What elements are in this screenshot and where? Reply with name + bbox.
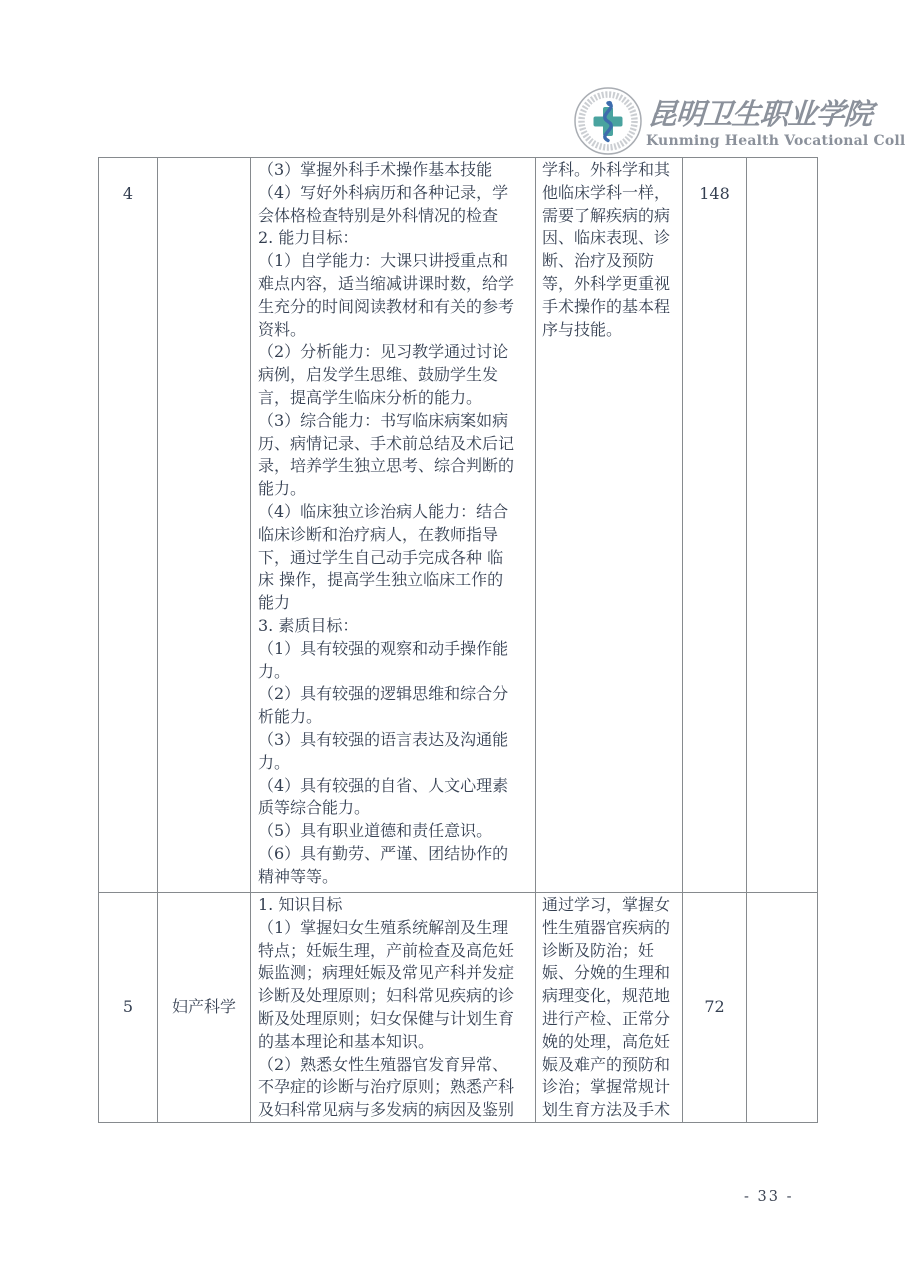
cell-course-index: 4 [99, 158, 158, 892]
cell-course-hours: 148 [683, 158, 747, 892]
college-name-en: Kunming Health Vocational College [646, 133, 886, 149]
college-name-zh: 昆明卫生职业学院 [647, 92, 880, 132]
cell-course-description: 通过学习，掌握女 性生殖器官疾病的 诊断及防治；妊 娠、分娩的生理和 病理变化，… [536, 893, 683, 1122]
cell-course-hours: 72 [683, 893, 747, 1122]
page-number: - 33 - [744, 1189, 793, 1205]
document-page: 昆明卫生职业学院 Kunming Health Vocational Colle… [0, 0, 905, 1280]
cell-course-index: 5 [99, 893, 158, 1122]
cell-course-description: 学科。外科学和其 他临床学科一样， 需要了解疾病的病 因、临床表现、诊 断、治疗… [536, 158, 683, 892]
cell-course-name [158, 158, 251, 892]
cell-course-name: 妇产科学 [158, 893, 251, 1122]
table-row: 4 （3）掌握外科手术操作基本技能 （4）写好外科病历和各种记录，学 会体格检查… [99, 158, 817, 893]
table-row: 5 妇产科学 1. 知识目标 （1）掌握妇女生殖系统解剖及生理 特点；妊娠生理，… [99, 893, 817, 1122]
college-seal-svg [573, 86, 643, 156]
curriculum-table: 4 （3）掌握外科手术操作基本技能 （4）写好外科病历和各种记录，学 会体格检查… [98, 157, 818, 1123]
cell-course-objectives: （3）掌握外科手术操作基本技能 （4）写好外科病历和各种记录，学 会体格检查特别… [251, 158, 536, 892]
cell-remark [747, 893, 817, 1122]
cell-remark [747, 158, 817, 892]
cell-course-objectives: 1. 知识目标 （1）掌握妇女生殖系统解剖及生理 特点；妊娠生理，产前检查及高危… [251, 893, 536, 1122]
college-seal-icon [573, 86, 643, 156]
